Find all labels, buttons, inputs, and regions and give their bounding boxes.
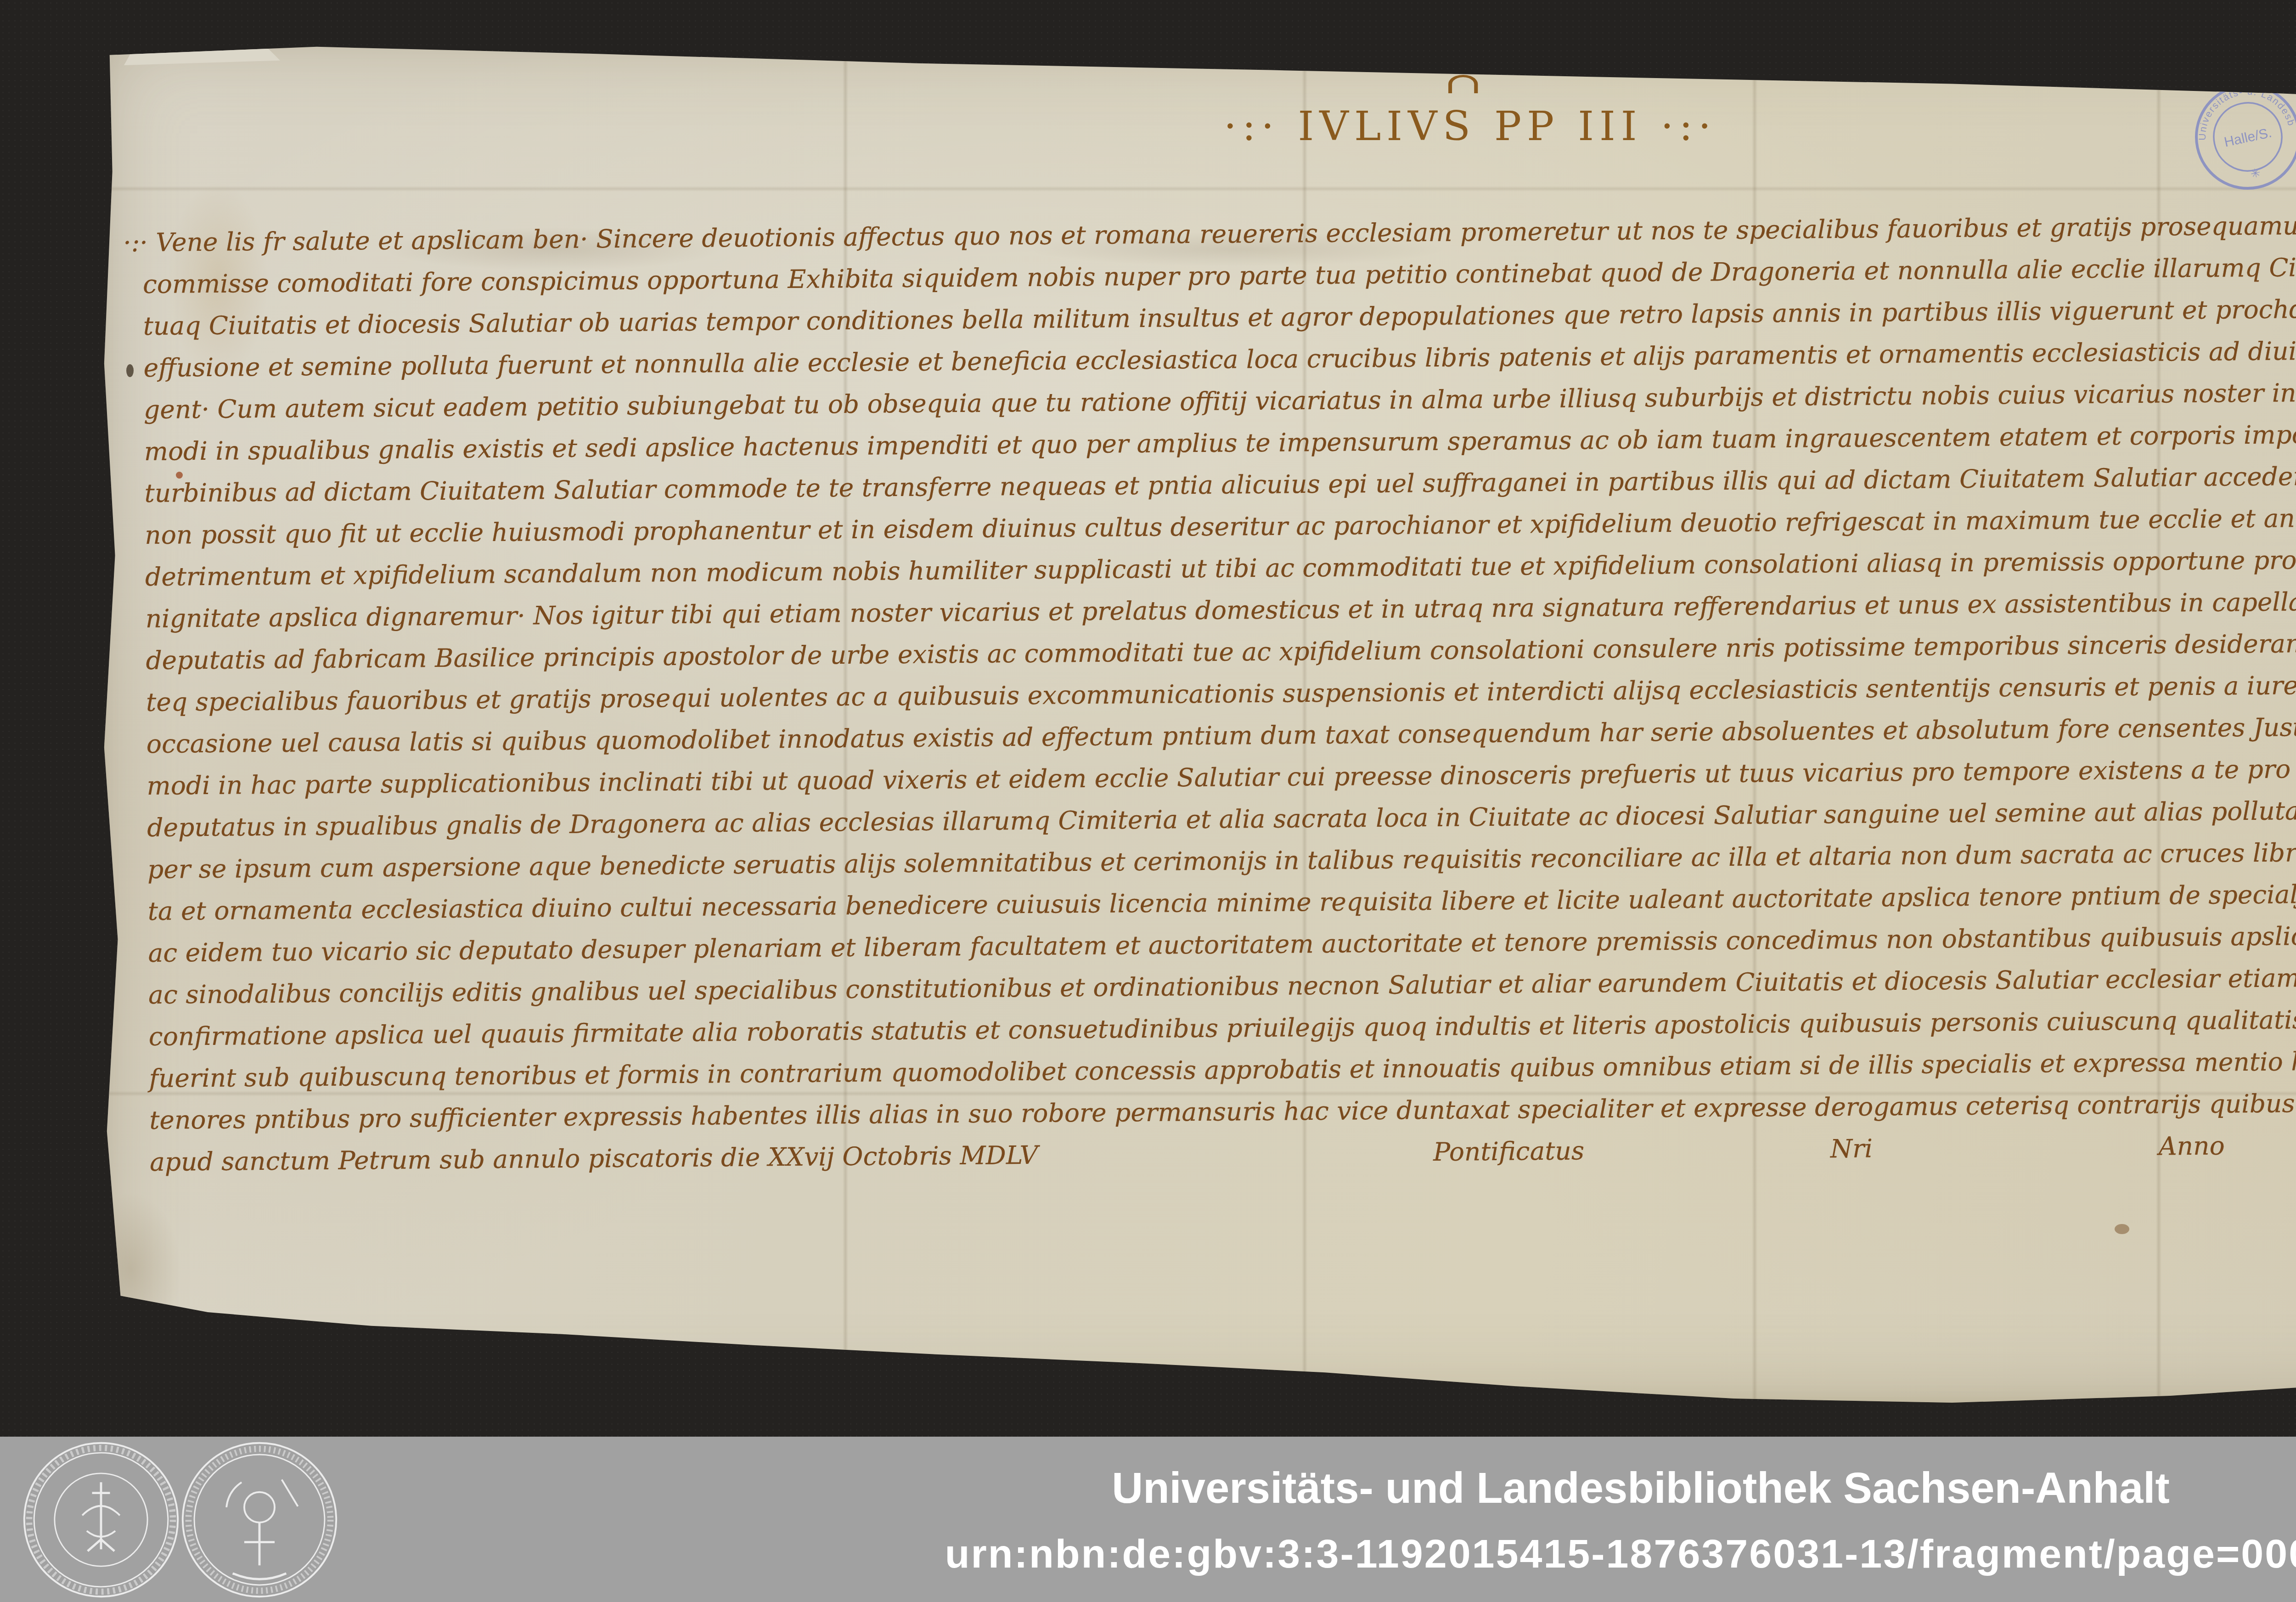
manuscript-body: ·:· Vene lis fr salute et apslicam ben· … <box>142 201 2296 1183</box>
halle-university-seal-icon <box>21 1439 181 1600</box>
heading-text: IVLIVS PP III <box>1298 102 1643 150</box>
heading-flourish: ∩ <box>1443 67 1482 101</box>
library-stamp: Universitäts- u. Landesbibliothek Halle/… <box>2180 69 2296 205</box>
date-word-pontificatus: Pontificatus <box>1433 1130 1585 1173</box>
library-name: Universitäts- und Landesbibliothek Sachs… <box>1112 1463 2169 1513</box>
stamp-center-text: Halle/S. <box>2223 125 2273 150</box>
footer-caption: Universitäts- und Landesbibliothek Sachs… <box>676 1463 2296 1577</box>
footer-bar: Universitäts- und Landesbibliothek Sachs… <box>0 1437 2296 1602</box>
university-seals <box>21 1439 370 1602</box>
ink-fleck <box>126 364 134 377</box>
parchment-crease <box>99 186 2296 192</box>
parchment-fold-flap <box>124 26 280 65</box>
date-word-anno: Anno <box>2159 1125 2225 1167</box>
papal-heading: ∩ ·:· IVLIVS PP III ·:· <box>1224 102 1706 150</box>
heading-decor-left: ·:· <box>1224 102 1280 150</box>
date-word-nri: Nri <box>1830 1128 1873 1170</box>
heading-decor-right: ·:· <box>1661 102 1717 150</box>
urn-identifier: urn:nbn:de:gbv:3:3-1192015415-1876376031… <box>945 1530 2296 1577</box>
parchment-sheet: ∩ ·:· IVLIVS PP III ·:· Morbio 26 (10) U… <box>99 34 2296 1405</box>
digitized-manuscript-page: ∩ ·:· IVLIVS PP III ·:· Morbio 26 (10) U… <box>0 0 2296 1602</box>
parchment-stain <box>80 1192 181 1348</box>
wittenberg-university-seal-icon <box>179 1439 340 1600</box>
parchment-spot <box>2115 1224 2129 1234</box>
date-clause: apud sanctum Petrum sub annulo piscatori… <box>150 1140 1038 1177</box>
